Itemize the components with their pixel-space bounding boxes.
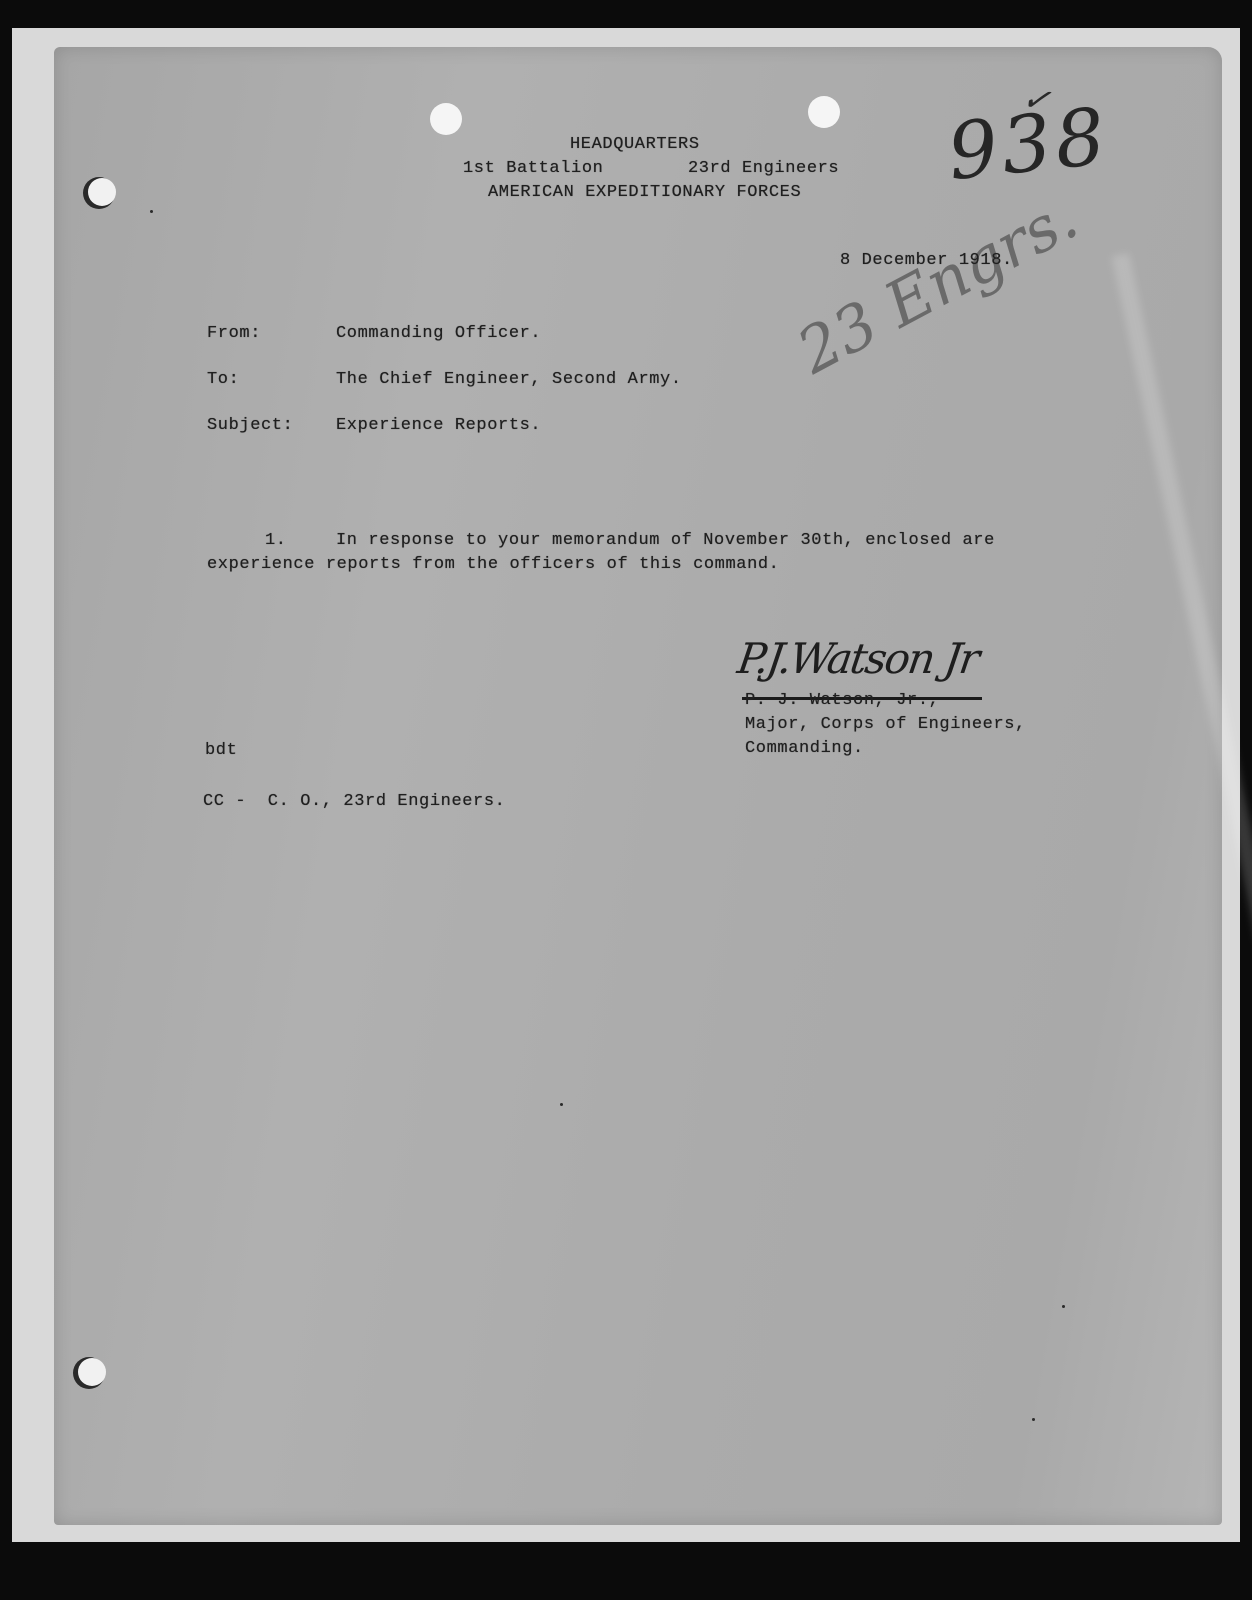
letterhead-aef: AMERICAN EXPEDITIONARY FORCES — [488, 184, 801, 201]
signatory-name: P. J. Watson, Jr., — [745, 692, 939, 709]
from-label: From: — [207, 325, 261, 342]
typist-initials: bdt — [205, 742, 237, 759]
dust-speck — [150, 210, 153, 213]
from-value: Commanding Officer. — [336, 325, 541, 342]
letterhead-regiment: 23rd Engineers — [688, 160, 839, 177]
carbon-copy-line: CC - C. O., 23rd Engineers. — [203, 793, 505, 810]
subject-value: Experience Reports. — [336, 417, 541, 434]
body-line-1: In response to your memorandum of Novemb… — [336, 532, 995, 549]
punch-hole — [78, 1358, 106, 1386]
dust-speck — [1062, 1305, 1065, 1308]
to-label: To: — [207, 371, 239, 388]
paragraph-number: 1. — [265, 532, 287, 549]
document-page — [54, 47, 1222, 1525]
punch-hole — [808, 96, 840, 128]
to-value: The Chief Engineer, Second Army. — [336, 371, 682, 388]
punch-hole — [88, 178, 116, 206]
punch-hole — [430, 103, 462, 135]
dust-speck — [1032, 1418, 1035, 1421]
letterhead-headquarters: HEADQUARTERS — [570, 136, 700, 153]
letterhead-battalion: 1st Battalion — [463, 160, 603, 177]
dust-speck — [560, 1103, 563, 1106]
letter-date: 8 December 1918. — [840, 252, 1013, 269]
handwritten-signature: P.J.Watson Jr — [735, 634, 982, 683]
signatory-role: Commanding. — [745, 740, 864, 757]
signatory-rank: Major, Corps of Engineers, — [745, 716, 1026, 733]
body-line-2: experience reports from the officers of … — [207, 556, 780, 573]
subject-label: Subject: — [207, 417, 293, 434]
